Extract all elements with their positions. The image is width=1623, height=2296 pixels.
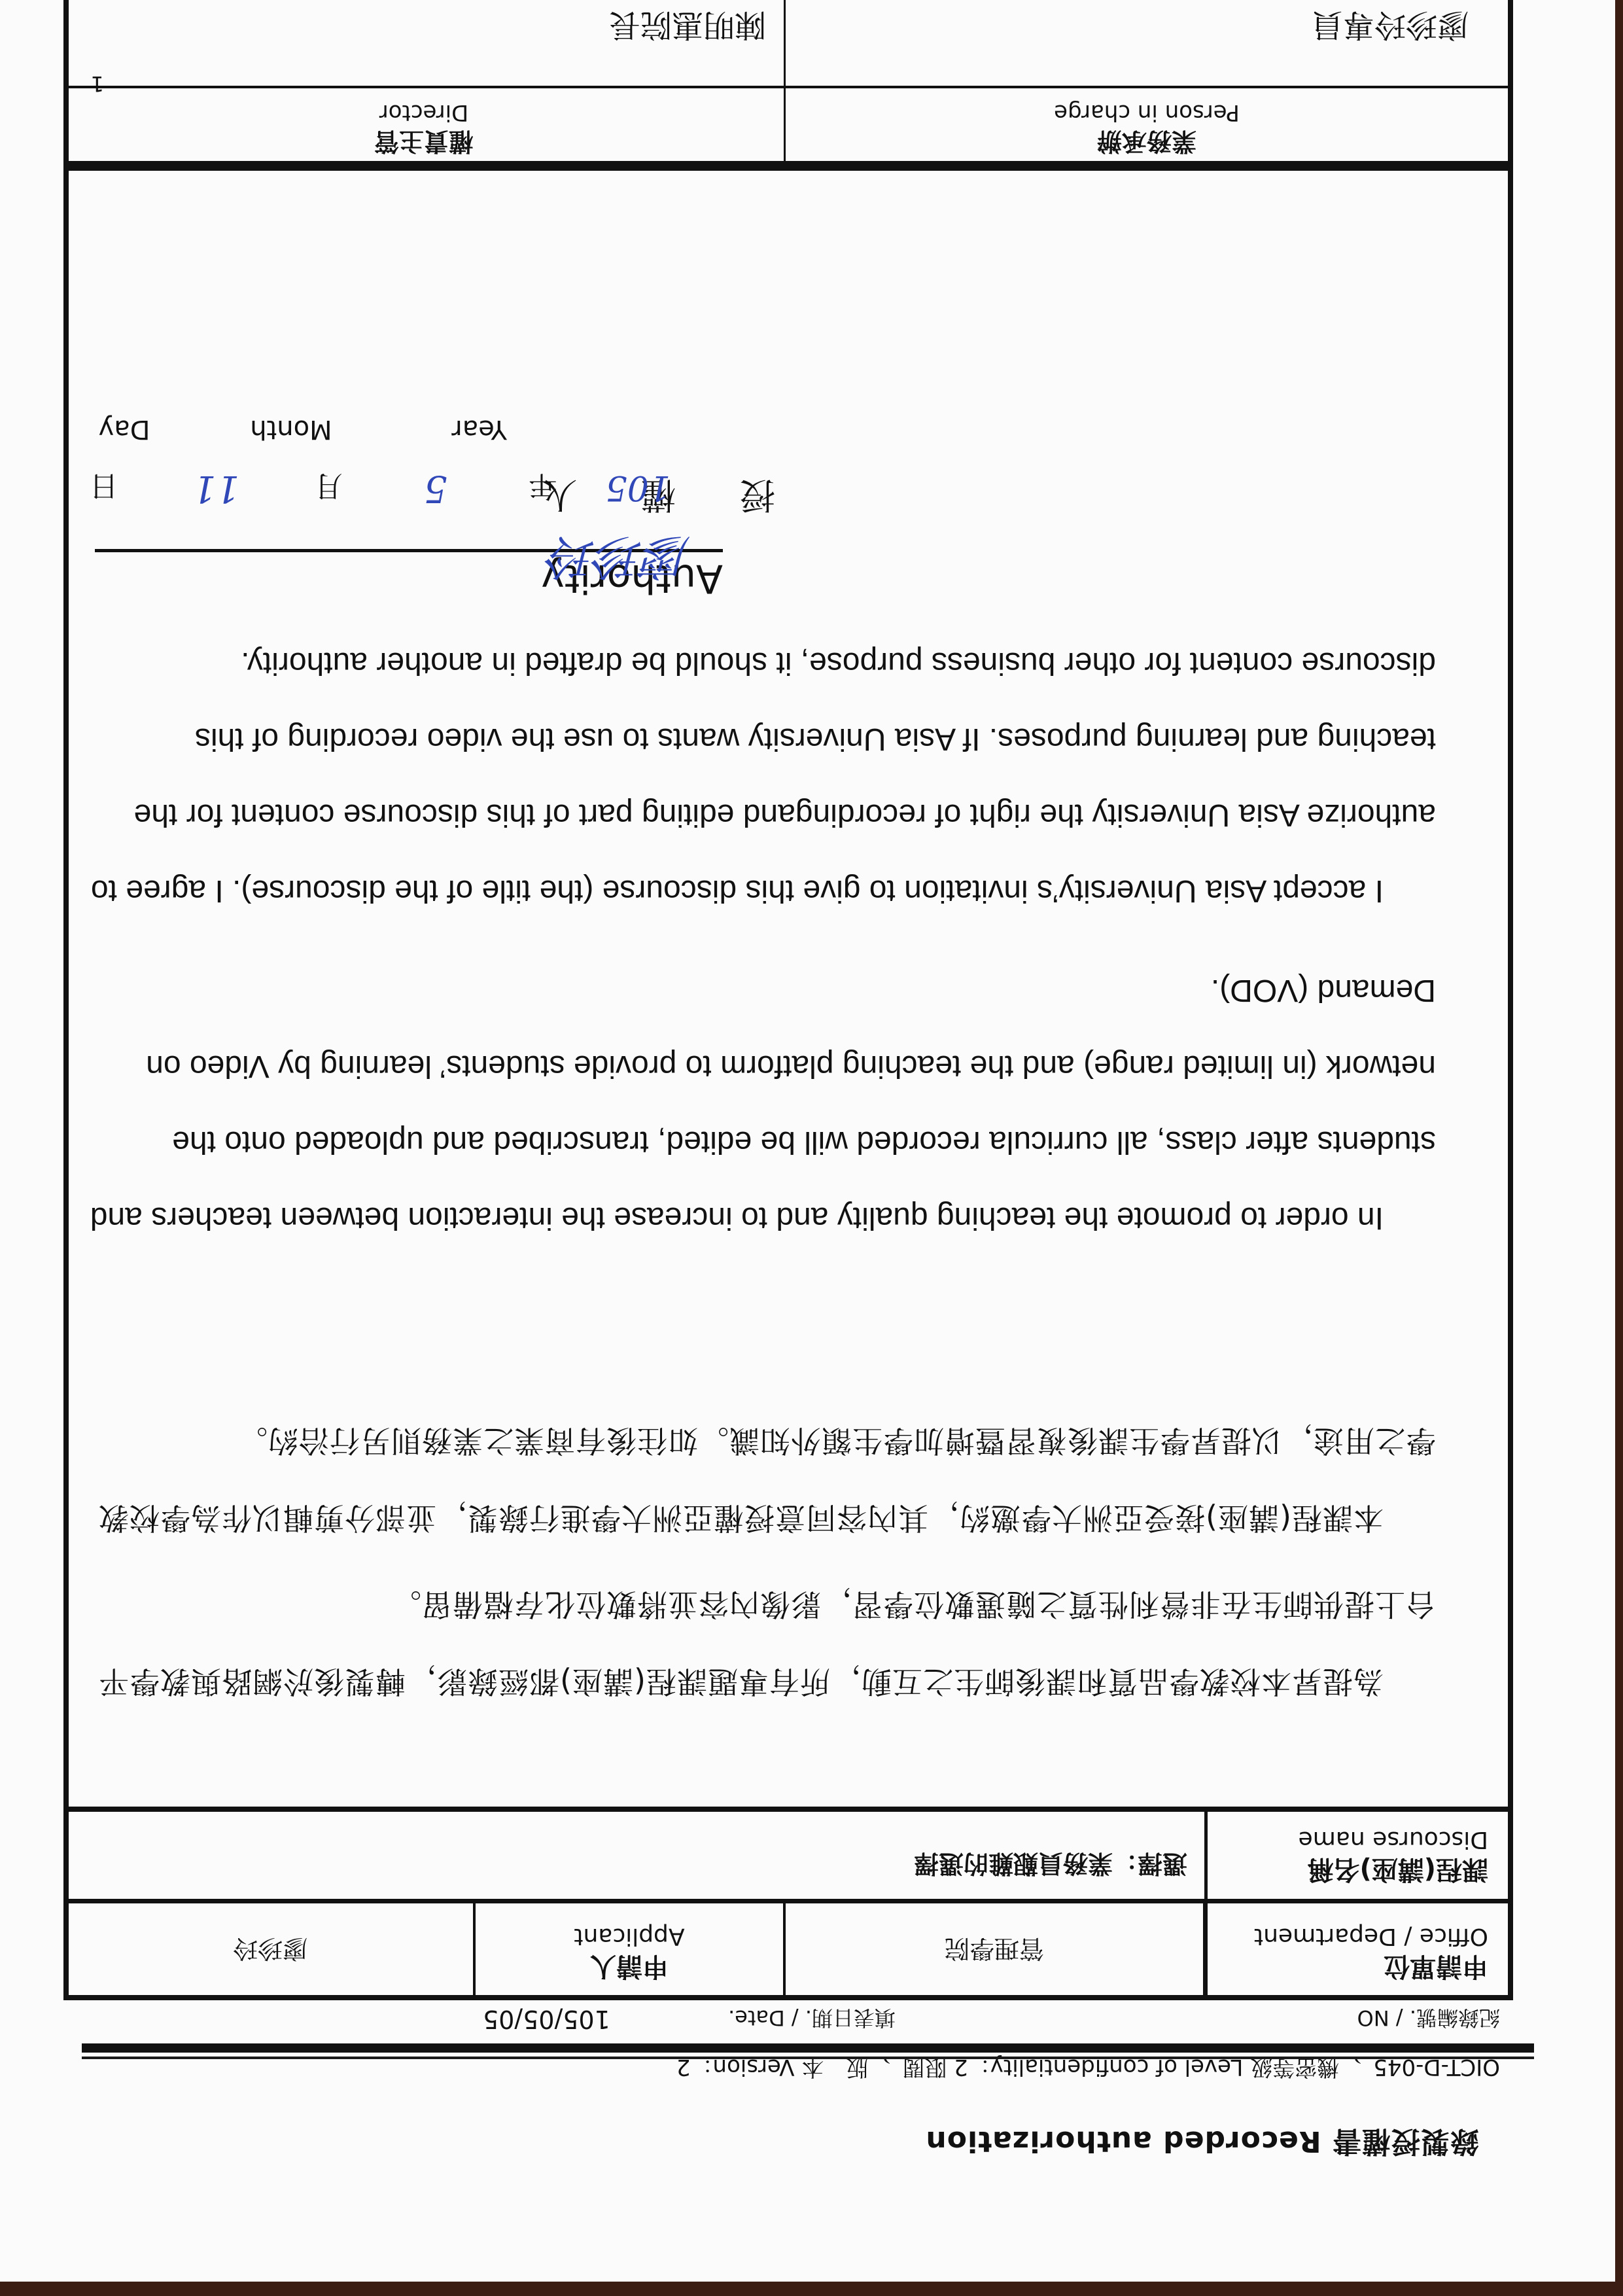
col-divider <box>1203 1903 1208 1995</box>
row-divider <box>69 86 1508 88</box>
person-in-charge-value: 廖珍玲專員 <box>1076 5 1469 50</box>
director-label: 權責主管 Director <box>64 99 784 162</box>
person-in-charge-label: 業務承辦 Person in charge <box>786 99 1508 162</box>
zh-paragraph-2: 本課程(講座)接受亞洲大學邀約，其內容同意授權亞洲大學進行錄製，並部分剪輯以作為… <box>95 1402 1436 1557</box>
scanned-page: 錄製授權書 Recorded authorization OICT-D-045、… <box>0 0 1623 2296</box>
fill-date-label: 填表日期. / Date. <box>728 2005 896 2030</box>
authority-signature: 廖珍玲 <box>549 527 690 595</box>
application-table: 申請單位 Office / Department 管理學院 申請人 Applic… <box>63 1807 1513 2000</box>
fill-date-value: 105/05/05 <box>483 2005 610 2034</box>
month-en: Month <box>250 414 332 444</box>
month-value: 5 <box>424 467 447 510</box>
applicant-value: 廖珍玲 <box>67 1933 473 1969</box>
discourse-value: 選擇：業務員艱難的選擇 <box>402 1848 1187 1884</box>
sign-date: 105 年 5 月 11 日 <box>82 467 671 510</box>
page-number: 1 <box>91 71 104 96</box>
day-value: 11 <box>193 467 239 510</box>
approval-table: 業務承辦 Person in charge 權責主管 Director 廖珍玲專… <box>63 0 1513 171</box>
en-paragraph-1: In order to promote the teaching quality… <box>62 952 1436 1256</box>
en-paragraph-2: I accept Asia University’s invitation to… <box>62 625 1436 928</box>
day-zh: 日 <box>90 469 118 503</box>
day-en: Day <box>99 414 150 444</box>
paper: 錄製授權書 Recorded authorization OICT-D-045、… <box>0 0 1615 2282</box>
month-zh: 月 <box>314 469 343 503</box>
office-label: 申請單位 Office / Department <box>1213 1923 1488 1987</box>
title-en: Recorded authorization <box>925 2125 1321 2158</box>
fill-date: 填表日期. / Date. 105/05/05 <box>483 2004 896 2034</box>
record-number-label: 紀錄編號. / NO <box>1357 2004 1500 2034</box>
header-rule-thin <box>82 2057 1534 2059</box>
discourse-label: 課程(講座)名稱 Discourse name <box>1213 1826 1488 1890</box>
year-zh: 年 <box>529 469 557 503</box>
header-rule-thick <box>82 2043 1534 2053</box>
sign-date-en: Year Month Day <box>49 414 507 444</box>
title-zh: 錄製授權書 <box>1332 2125 1479 2158</box>
year-value: 105 <box>606 468 671 507</box>
year-en: Year <box>451 414 507 444</box>
zh-paragraph-1: 為提昇本校教學品質和課後師生之互動，所有專題課程(講座)都經錄影，轉製後於網路與… <box>95 1566 1436 1720</box>
document-title: 錄製授權書 Recorded authorization <box>925 2123 1479 2165</box>
row-divider <box>69 1899 1508 1903</box>
applicant-label: 申請人 Applicant <box>476 1923 783 1987</box>
director-value: 陳明惠院長 <box>374 5 766 50</box>
col-divider <box>1204 1807 1208 1899</box>
office-value: 管理學院 <box>786 1933 1203 1969</box>
authorization-body: 為提昇本校教學品質和課後師生之互動，所有專題課程(講座)都經錄影，轉製後於網路與… <box>63 161 1513 1812</box>
